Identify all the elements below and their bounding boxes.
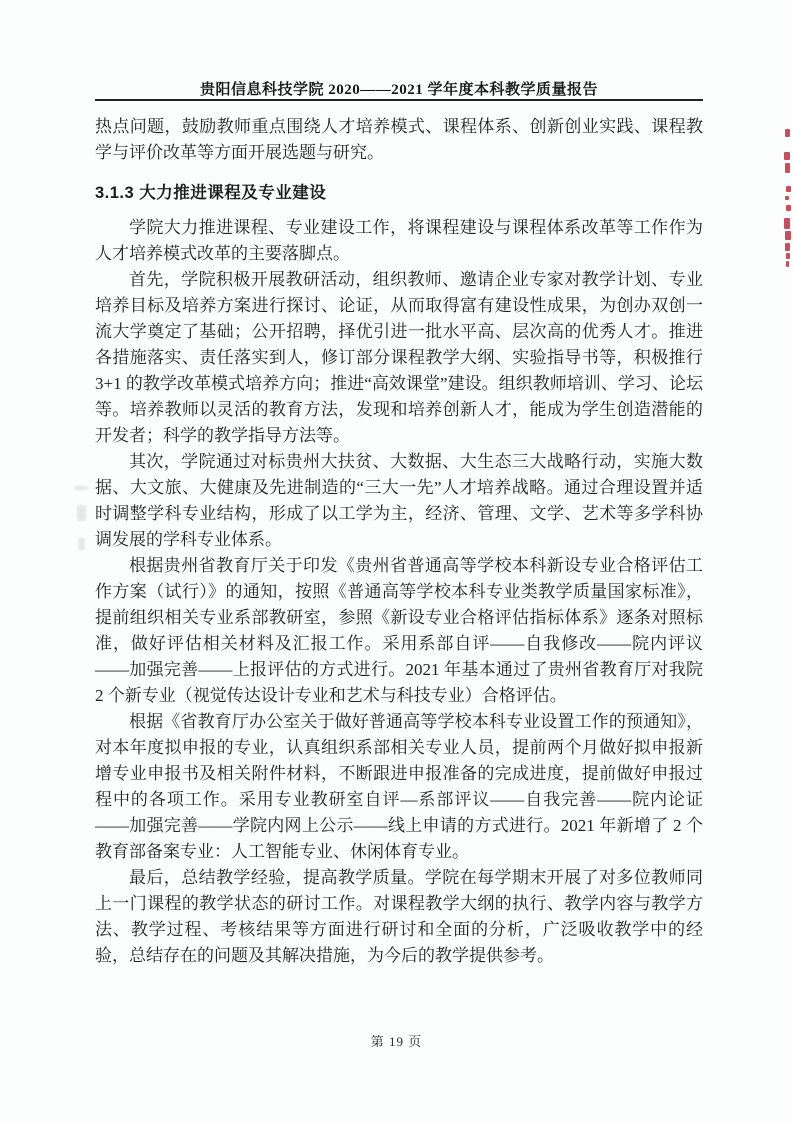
paragraph-last: 最后，总结教学经验，提高教学质量。学院在每学期末开展了对多位教师同上一门课程的教… xyxy=(95,865,703,969)
red-ink-mark xyxy=(784,152,790,160)
paragraph-evaluation: 根据贵州省教育厅关于印发《贵州省普通高等学校本科新设专业合格评估工作方案（试行）… xyxy=(95,553,703,709)
paragraph-continuation: 热点问题，鼓励教师重点围绕人才培养模式、课程体系、创新创业实践、课程教学与评价改… xyxy=(95,114,703,166)
paragraph-overview: 学院大力推进课程、专业建设工作，将课程建设与课程体系改革等工作作为人才培养模式改… xyxy=(95,215,703,267)
paragraph-second: 其次，学院通过对标贵州大扶贫、大数据、大生态三大战略行动，实施大数据、大文旅、大… xyxy=(95,449,703,553)
paragraph-first: 首先，学院积极开展教研活动，组织教师、邀请企业专家对教学计划、专业培养目标及培养… xyxy=(95,267,703,449)
red-ink-mark xyxy=(785,163,790,173)
smudge-mark xyxy=(77,505,86,521)
section-heading: 3.1.3 大力推进课程及专业建设 xyxy=(95,180,703,206)
red-ink-mark xyxy=(786,205,791,211)
running-header-title: 贵阳信息科技学院 2020——2021 学年度本科教学质量报告 xyxy=(95,78,703,99)
paragraph-new-majors: 根据《省教育厅办公室关于做好普通高等学校本科专业设置工作的预通知》，对本年度拟申… xyxy=(95,709,703,865)
document-page: 贵阳信息科技学院 2020——2021 学年度本科教学质量报告 热点问题，鼓励教… xyxy=(0,0,793,1122)
smudge-mark xyxy=(78,538,85,550)
header-rule xyxy=(95,99,703,101)
smudge-mark xyxy=(74,486,88,490)
red-ink-mark xyxy=(786,261,789,267)
red-ink-mark xyxy=(785,231,791,240)
red-ink-mark xyxy=(784,218,790,229)
red-ink-mark xyxy=(785,196,789,200)
red-ink-mark xyxy=(785,243,790,251)
red-ink-mark xyxy=(786,186,791,192)
page-number: 第 19 页 xyxy=(0,1031,793,1050)
red-ink-mark xyxy=(786,253,790,259)
red-ink-mark xyxy=(785,129,790,137)
document-body: 热点问题，鼓励教师重点围绕人才培养模式、课程体系、创新创业实践、课程教学与评价改… xyxy=(95,114,703,969)
